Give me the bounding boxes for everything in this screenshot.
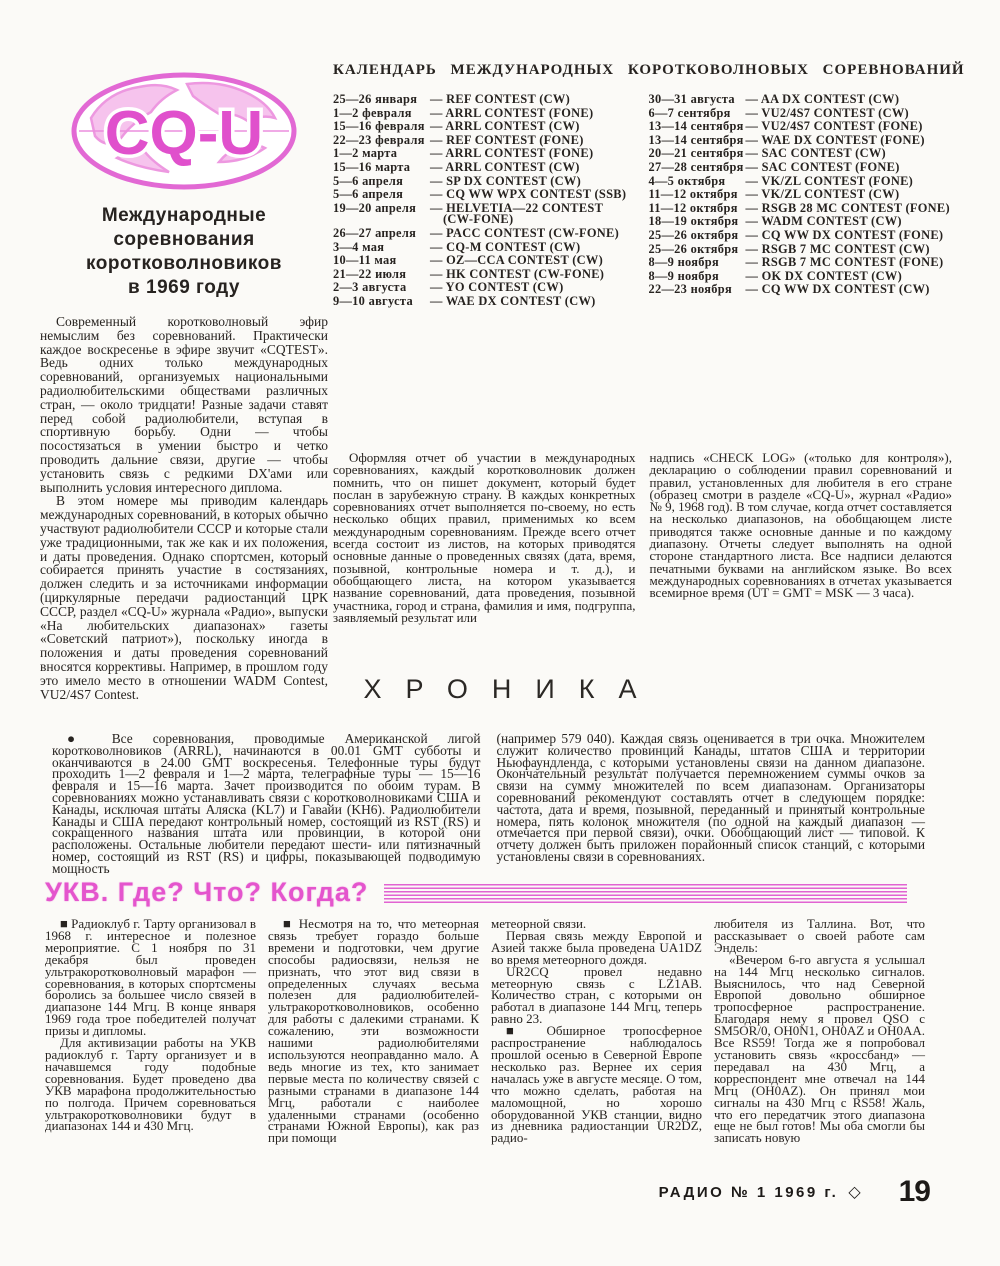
calendar-entry-date: 15—16 марта: [333, 162, 430, 174]
article-title-line: Международные соревнования: [40, 204, 328, 252]
calendar-entry-date: 15—16 февраля: [333, 121, 430, 133]
calendar-entry-contest: — CQ-M CONTEST (CW): [430, 242, 637, 254]
calendar-entry-contest: — AA DX CONTEST (CW): [746, 94, 953, 106]
calendar-entry-date: 22—23 февраля: [333, 135, 430, 147]
calendar-entry-contest: — RSGB 7 MC CONTEST (CW): [746, 244, 953, 256]
calendar-entry: 22—23 февраля — REF CONTEST (FONE): [333, 135, 637, 147]
chronicle-section: ● Все соревнования, проводимые Американс…: [52, 733, 925, 875]
calendar-entry-date: 4—5 октября: [649, 176, 746, 188]
calendar-entry-contest: — SP DX CONTEST (CW): [430, 176, 637, 188]
calendar-entry-date: 11—12 октября: [649, 203, 746, 215]
ukv-column-4: любителя из Таллина. Вот, что рассказыва…: [714, 918, 925, 1144]
calendar-entry-contest: — WAE DX CONTEST (FONE): [746, 135, 953, 147]
ukv-section: ■ Радиоклуб г. Тарту организовал в 1968 …: [45, 918, 925, 1144]
calendar-entry-date: 6—7 сентября: [649, 108, 746, 120]
calendar-entry-date: 2—3 августа: [333, 282, 430, 294]
article-title-line: коротковолновиков: [40, 252, 328, 276]
calendar-entry-date: 19—20 апреля: [333, 203, 430, 226]
calendar-entry-contest: — REF CONTEST (FONE): [430, 135, 637, 147]
calendar-entry: 26—27 апреля — PACC CONTEST (CW-FONE): [333, 228, 637, 240]
paragraph: Для активизации работы на УКВ радиоклуб …: [45, 1037, 256, 1132]
calendar-entry: 15—16 февраля — ARRL CONTEST (CW): [333, 121, 637, 133]
calendar-entry-date: 8—9 ноября: [649, 257, 746, 269]
paragraph: UR2CQ провел недавно метеорную связь с L…: [491, 966, 702, 1026]
ukv-column-1: ■ Радиоклуб г. Тарту организовал в 1968 …: [45, 918, 256, 1144]
calendar-entry: 11—12 октября — VK/ZL CONTEST (CW): [649, 189, 953, 201]
calendar-entry-contest: — CQ WW WPX CONTEST (SSB): [430, 189, 637, 201]
paragraph: ■ Несмотря на то, что метеорная связь тр…: [268, 918, 479, 1144]
paragraph: любителя из Таллина. Вот, что рассказыва…: [714, 918, 925, 954]
calendar-entry-contest: — OZ—CCA CONTEST (CW): [430, 255, 637, 267]
calendar-entry: 9—10 августа — WAE DX CONTEST (CW): [333, 296, 637, 308]
calendar-entry-contest: — VU2/4S7 CONTEST (FONE): [746, 121, 953, 133]
ukv-column-3: метеорной связи.Первая связь между Европ…: [491, 918, 702, 1144]
calendar-entry: 11—12 октября — RSGB 28 MC CONTEST (FONE…: [649, 203, 953, 215]
calendar-entry: 3—4 мая — CQ-M CONTEST (CW): [333, 242, 637, 254]
calendar-entry: 6—7 сентября — VU2/4S7 CONTEST (CW): [649, 108, 953, 120]
magazine-page: КАЛЕНДАРЬ МЕЖДУНАРОДНЫХ КОРОТКОВОЛНОВЫХ …: [0, 0, 1000, 1266]
calendar-entry-date: 11—12 октября: [649, 189, 746, 201]
calendar-entry: 19—20 апреля — HELVETIA—22 CONTEST (CW-F…: [333, 203, 637, 226]
calendar-entry-date: 18—19 октября: [649, 216, 746, 228]
calendar-entry-date: 21—22 июля: [333, 269, 430, 281]
calendar-entry-contest: — PACC CONTEST (CW-FONE): [430, 228, 637, 240]
page-footer: РАДИО № 1 1969 г. ◇ 19: [560, 1175, 930, 1209]
intro-section: CQ-U Международные соревнования коротков…: [40, 70, 328, 701]
calendar-entry: 1—2 февраля — ARRL CONTEST (FONE): [333, 108, 637, 120]
calendar-entry-date: 26—27 апреля: [333, 228, 430, 240]
calendar-entry-contest: — VK/ZL CONTEST (CW): [746, 189, 953, 201]
ukv-column-2: ■ Несмотря на то, что метеорная связь тр…: [268, 918, 479, 1144]
calendar-entry: 25—26 октября — CQ WW DX CONTEST (FONE): [649, 230, 953, 242]
calendar-entry: 8—9 ноября — OK DX CONTEST (CW): [649, 271, 953, 283]
chronicle-heading: ХРОНИКА: [0, 674, 1000, 705]
calendar-entry-date: 22—23 ноября: [649, 284, 746, 296]
calendar-entry: 13—14 сентября — VU2/4S7 CONTEST (FONE): [649, 121, 953, 133]
calendar-column-right: 30—31 августа — AA DX CONTEST (CW) 6—7 с…: [649, 94, 953, 310]
logo-text: CQ-U: [105, 99, 263, 168]
calendar-entry-contest: — CQ WW DX CONTEST (CW): [746, 284, 953, 296]
calendar-entry: 20—21 сентября — SAC CONTEST (CW): [649, 148, 953, 160]
calendar-entry-date: 1—2 марта: [333, 148, 430, 160]
calendar-entry-contest: — RSGB 7 MC CONTEST (FONE): [746, 257, 953, 269]
paragraph: В этом номере мы приводим календарь межд…: [40, 494, 328, 701]
calendar-entry: 2—3 августа — YO CONTEST (CW): [333, 282, 637, 294]
article-title: Международные соревнования коротковолнов…: [40, 204, 328, 300]
journal-issue-label: РАДИО № 1 1969 г.: [659, 1184, 839, 1201]
article-title-line: в 1969 году: [40, 276, 328, 300]
calendar-entry-date: 13—14 сентября: [649, 121, 746, 133]
calendar-column-left: 25—26 января — REF CONTEST (CW) 1—2 февр…: [333, 94, 637, 310]
calendar-entry-contest: — ARRL CONTEST (CW): [430, 162, 637, 174]
ukv-banner-title: УКВ. Где? Что? Когда?: [45, 877, 368, 908]
calendar-entry-contest: — ARRL CONTEST (CW): [430, 121, 637, 133]
calendar-entry-date: 25—26 января: [333, 94, 430, 106]
paragraph: ■ Радиоклуб г. Тарту организовал в 1968 …: [45, 918, 256, 1037]
calendar-title: КАЛЕНДАРЬ МЕЖДУНАРОДНЫХ КОРОТКОВОЛНОВЫХ …: [333, 62, 950, 79]
calendar-entry-contest: — SAC CONTEST (CW): [746, 148, 953, 160]
calendar-entry: 5—6 апреля — CQ WW WPX CONTEST (SSB): [333, 189, 637, 201]
report-column-1: Оформляя отчет об участии в международны…: [333, 452, 636, 624]
calendar-entry-contest: — VU2/4S7 CONTEST (CW): [746, 108, 953, 120]
ukv-banner: УКВ. Где? Что? Когда?: [45, 877, 907, 908]
calendar-entry-date: 8—9 ноября: [649, 271, 746, 283]
paragraph: Первая связь между Европой и Азией также…: [491, 930, 702, 966]
paragraph: ■ Обширное тропосферное распространение …: [491, 1025, 702, 1144]
calendar-entry-date: 27—28 сентября: [649, 162, 746, 174]
calendar-entry-contest: — WADM CONTEST (CW): [746, 216, 953, 228]
calendar-entry-contest: — ARRL CONTEST (FONE): [430, 108, 637, 120]
calendar-entry-contest: — YO CONTEST (CW): [430, 282, 637, 294]
diamond-icon: ◇: [848, 1182, 860, 1202]
calendar-entry-date: 9—10 августа: [333, 296, 430, 308]
calendar-entry-contest: — WAE DX CONTEST (CW): [430, 296, 637, 308]
banner-stripes: [384, 884, 907, 904]
calendar-entry-contest: — CQ WW DX CONTEST (FONE): [746, 230, 953, 242]
calendar-entry-date: 10—11 мая: [333, 255, 430, 267]
calendar-entry-date: 3—4 мая: [333, 242, 430, 254]
calendar-entry-date: 30—31 августа: [649, 94, 746, 106]
calendar-entry-date: 13—14 сентября: [649, 135, 746, 147]
calendar-entry: 21—22 июля — HK CONTEST (CW-FONE): [333, 269, 637, 281]
calendar-entry: 13—14 сентября — WAE DX CONTEST (FONE): [649, 135, 953, 147]
calendar-entry-date: 5—6 апреля: [333, 176, 430, 188]
calendar-entry: 25—26 января — REF CONTEST (CW): [333, 94, 637, 106]
calendar-entry-contest: — SAC CONTEST (FONE): [746, 162, 953, 174]
intro-body: Современный коротковолновый эфир немысли…: [40, 315, 328, 701]
calendar-entry-contest: — VK/ZL CONTEST (FONE): [746, 176, 953, 188]
calendar-entry-date: 1—2 февраля: [333, 108, 430, 120]
report-section: Оформляя отчет об участии в международны…: [333, 452, 952, 624]
calendar-entry: 8—9 ноября — RSGB 7 MC CONTEST (FONE): [649, 257, 953, 269]
calendar-entry-contest: — HELVETIA—22 CONTEST (CW-FONE): [430, 203, 637, 226]
calendar-entry: 1—2 марта — ARRL CONTEST (FONE): [333, 148, 637, 160]
calendar-entry: 27—28 сентября — SAC CONTEST (FONE): [649, 162, 953, 174]
calendar-entry-contest: — HK CONTEST (CW-FONE): [430, 269, 637, 281]
calendar-entry: 18—19 октября — WADM CONTEST (CW): [649, 216, 953, 228]
chronicle-column-1: ● Все соревнования, проводимые Американс…: [52, 733, 481, 875]
paragraph: Современный коротковолновый эфир немысли…: [40, 315, 328, 494]
calendar-entry-contest: — REF CONTEST (CW): [430, 94, 637, 106]
calendar-entry-date: 5—6 апреля: [333, 189, 430, 201]
calendar-entry-contest: — OK DX CONTEST (CW): [746, 271, 953, 283]
page-number: 19: [899, 1175, 930, 1209]
calendar-entry-contest: — RSGB 28 MC CONTEST (FONE): [746, 203, 953, 215]
calendar-entry: 25—26 октября — RSGB 7 MC CONTEST (CW): [649, 244, 953, 256]
calendar-entry-date: 25—26 октября: [649, 230, 746, 242]
chronicle-column-2: (например 579 040). Каждая связь оценива…: [497, 733, 926, 875]
calendar-entry: 30—31 августа — AA DX CONTEST (CW): [649, 94, 953, 106]
calendar-entry-date: 25—26 октября: [649, 244, 746, 256]
calendar-entry: 15—16 марта — ARRL CONTEST (CW): [333, 162, 637, 174]
calendar-entry: 5—6 апреля — SP DX CONTEST (CW): [333, 176, 637, 188]
calendar-entry-date: 20—21 сентября: [649, 148, 746, 160]
cq-u-globe-logo: CQ-U: [69, 70, 299, 192]
report-column-2: надпись «CHECK LOG» («только для контрол…: [650, 452, 953, 624]
paragraph: «Вечером 6-го августа я услышал на 144 М…: [714, 954, 925, 1145]
calendar-entry: 10—11 мая — OZ—CCA CONTEST (CW): [333, 255, 637, 267]
calendar-entry: 22—23 ноября — CQ WW DX CONTEST (CW): [649, 284, 953, 296]
calendar-entry-contest: — ARRL CONTEST (FONE): [430, 148, 637, 160]
calendar-entry: 4—5 октября — VK/ZL CONTEST (FONE): [649, 176, 953, 188]
contest-calendar: 25—26 января — REF CONTEST (CW) 1—2 февр…: [333, 94, 952, 310]
